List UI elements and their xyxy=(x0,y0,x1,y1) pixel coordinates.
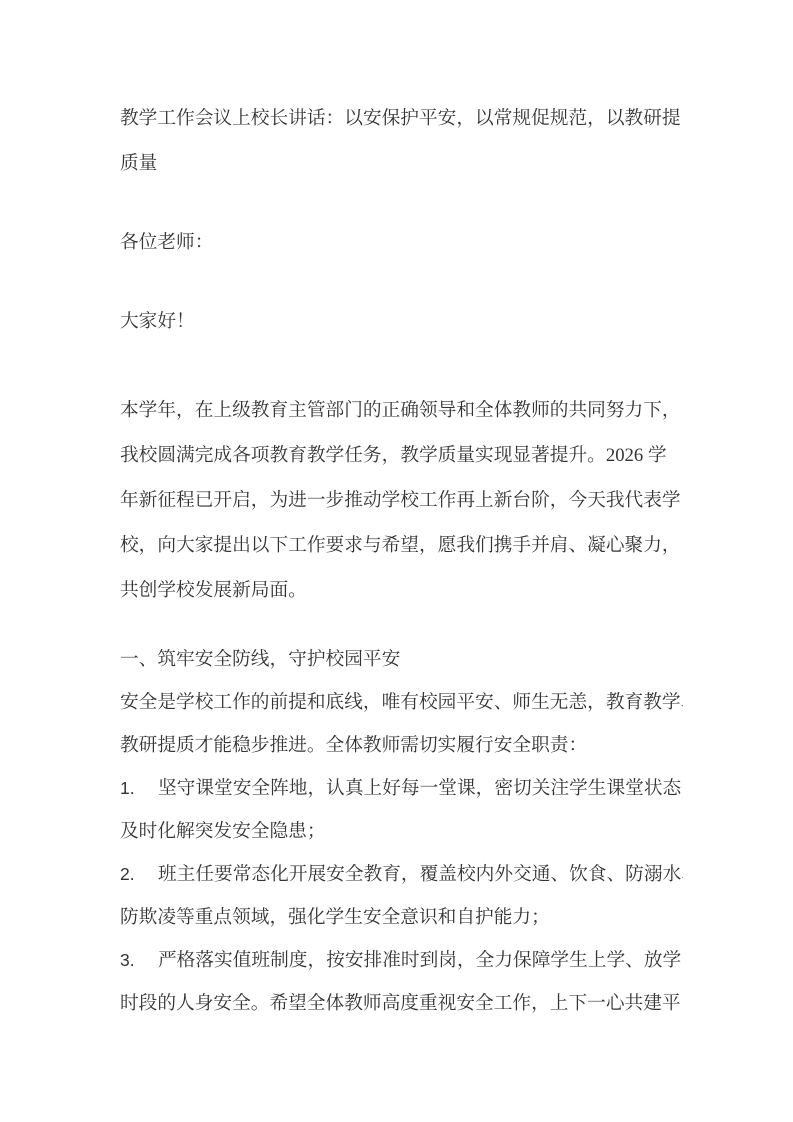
intro-line-2: 我校圆满完成各项教育教学任务，教学质量实现显著提升。2026 学 xyxy=(120,433,683,478)
list-item-1-line-2: 及时化解突发安全隐患； xyxy=(120,810,683,853)
intro-paragraph: 本学年，在上级教育主管部门的正确领导和全体教师的共同努力下， 我校圆满完成各项教… xyxy=(120,388,683,613)
list-item-2-text: 班主任要常态化开展安全教育，覆盖校内外交通、饮食、防溺水、 xyxy=(158,864,683,885)
list-item-1-text: 坚守课堂安全阵地，认真上好每一堂课，密切关注学生课堂状态， xyxy=(158,778,683,799)
list-item-3-line-1: 3.严格落实值班制度，按安排准时到岗，全力保障学生上学、放学 xyxy=(120,939,683,982)
list-item-2-line-1: 2.班主任要常态化开展安全教育，覆盖校内外交通、饮食、防溺水、 xyxy=(120,853,683,896)
section1-lead-paragraph: 安全是学校工作的前提和底线，唯有校园平安、师生无恙，教育教学、 教研提质才能稳步… xyxy=(120,681,683,767)
intro-line-3: 年新征程已开启，为进一步推动学校工作再上新台阶，今天我代表学 xyxy=(120,478,683,523)
intro-line-5: 共创学校发展新局面。 xyxy=(120,568,683,613)
list-item-1: 1.坚守课堂安全阵地，认真上好每一堂课，密切关注学生课堂状态， 及时化解突发安全… xyxy=(120,767,683,853)
list-item-3-text: 严格落实值班制度，按安排准时到岗，全力保障学生上学、放学 xyxy=(158,950,681,971)
document-title: 教学工作会议上校长讲话：以安保护平安，以常规促规范，以教研提 质量 xyxy=(120,96,683,186)
greeting-text: 大家好！ xyxy=(120,299,683,344)
title-line-1: 教学工作会议上校长讲话：以安保护平安，以常规促规范，以教研提 xyxy=(120,96,683,141)
intro-line-1: 本学年，在上级教育主管部门的正确领导和全体教师的共同努力下， xyxy=(120,388,683,433)
title-line-2: 质量 xyxy=(120,141,683,186)
list-item-2-line-2: 防欺凌等重点领域，强化学生安全意识和自护能力； xyxy=(120,896,683,939)
greeting: 大家好！ xyxy=(120,299,683,344)
list-item-3-line-2: 时段的人身安全。希望全体教师高度重视安全工作，上下一心共建平 xyxy=(120,982,683,1025)
section1-lead-line-1: 安全是学校工作的前提和底线，唯有校园平安、师生无恙，教育教学、 xyxy=(120,681,683,724)
section1-heading-text: 一、筑牢安全防线，守护校园平安 xyxy=(120,638,683,681)
list-item-3-number: 3. xyxy=(120,939,158,982)
list-item-2: 2.班主任要常态化开展安全教育，覆盖校内外交通、饮食、防溺水、 防欺凌等重点领域… xyxy=(120,853,683,939)
list-item-2-number: 2. xyxy=(120,853,158,896)
list-item-1-line-1: 1.坚守课堂安全阵地，认真上好每一堂课，密切关注学生课堂状态， xyxy=(120,767,683,810)
list-item-3: 3.严格落实值班制度，按安排准时到岗，全力保障学生上学、放学 时段的人身安全。希… xyxy=(120,939,683,1025)
intro-line-4: 校，向大家提出以下工作要求与希望，愿我们携手并肩、凝心聚力， xyxy=(120,523,683,568)
numbered-list: 1.坚守课堂安全阵地，认真上好每一堂课，密切关注学生课堂状态， 及时化解突发安全… xyxy=(120,767,683,1025)
document-page: 教学工作会议上校长讲话：以安保护平安，以常规促规范，以教研提 质量 各位老师： … xyxy=(0,0,793,1122)
salutation-text: 各位老师： xyxy=(120,220,683,265)
section1-lead-line-2: 教研提质才能稳步推进。全体教师需切实履行安全职责： xyxy=(120,724,683,767)
salutation: 各位老师： xyxy=(120,220,683,265)
list-item-1-number: 1. xyxy=(120,767,158,810)
section1-heading: 一、筑牢安全防线，守护校园平安 xyxy=(120,638,683,681)
